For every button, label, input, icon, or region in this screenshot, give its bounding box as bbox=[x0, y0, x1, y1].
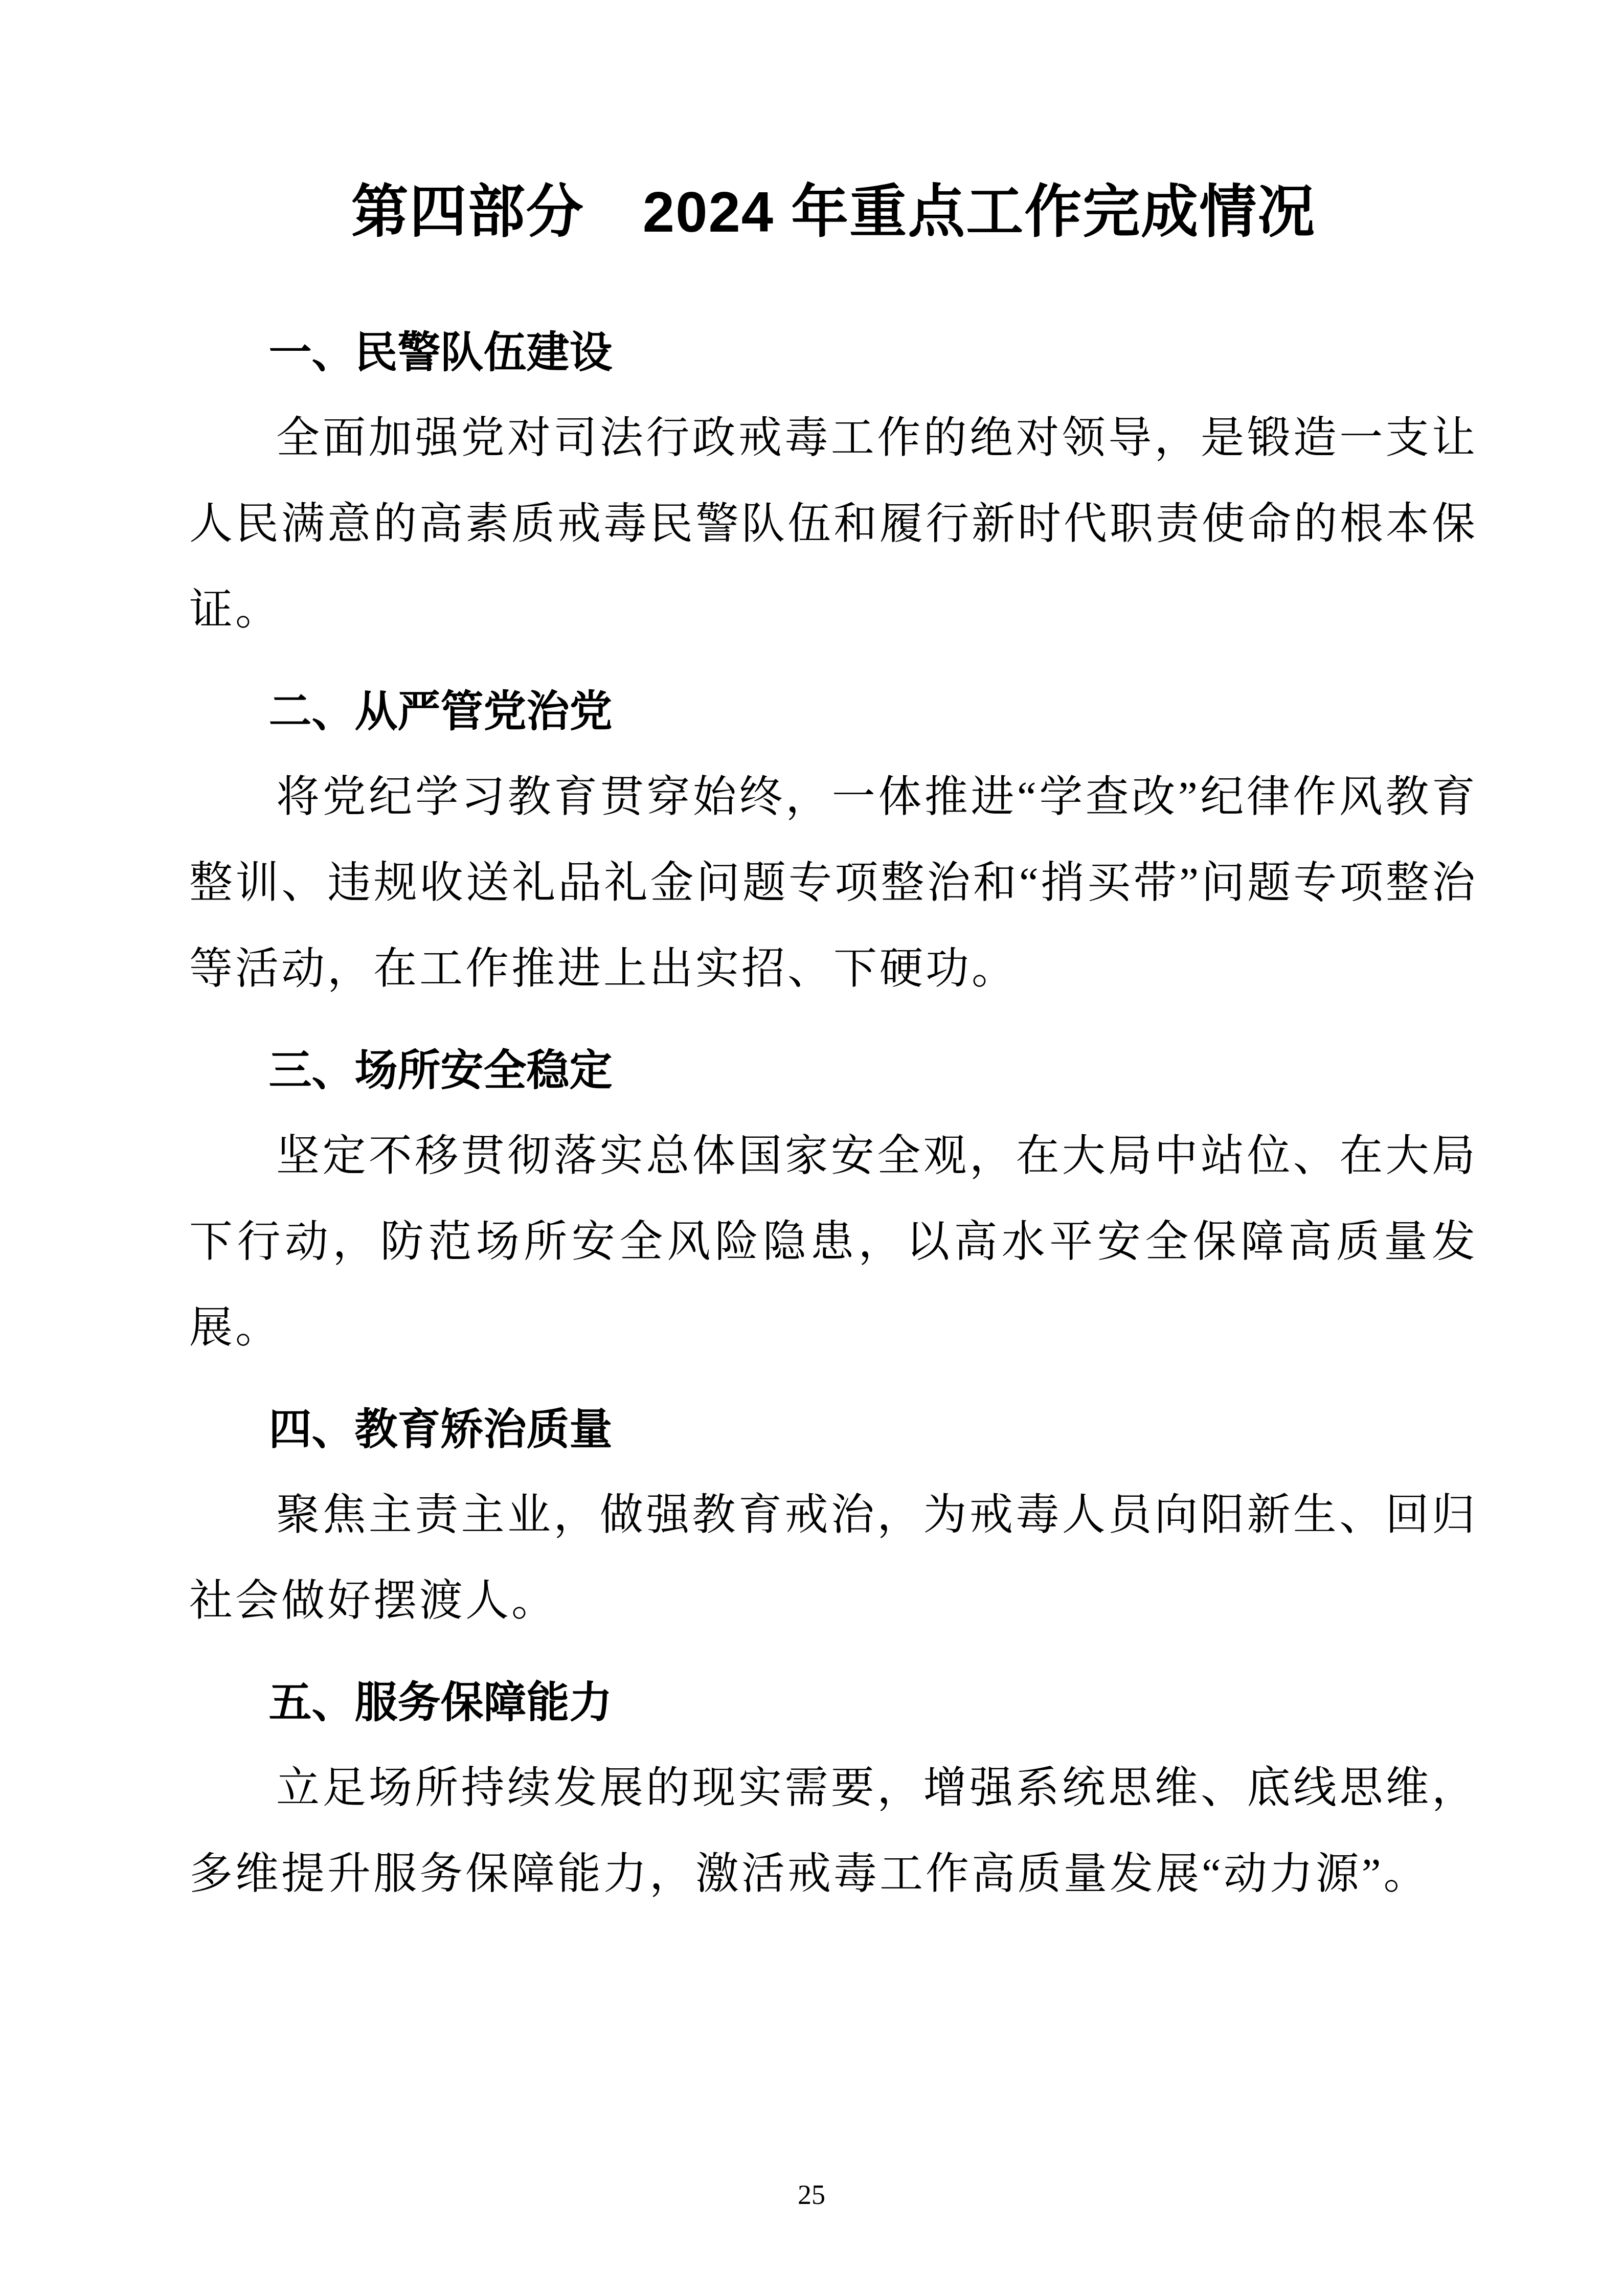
section-site-safety: 三、场所安全稳定 坚定不移贯彻落实总体国家安全观，在大局中站位、在大局下行动，防… bbox=[189, 1027, 1478, 1371]
section-service-support: 五、服务保障能力 立足场所持续发展的现实需要，增强系统思维、底线思维，多维提升服… bbox=[189, 1659, 1478, 1917]
section-heading-2: 二、从严管党治党 bbox=[189, 668, 1478, 754]
document-content: 第四部分 2024 年重点工作完成情况 一、民警队伍建设 全面加强党对司法行政戒… bbox=[0, 0, 1623, 1917]
section-police-team: 一、民警队伍建设 全面加强党对司法行政戒毒工作的绝对领导，是锻造一支让人民满意的… bbox=[189, 309, 1478, 653]
section-party-discipline: 二、从严管党治党 将党纪学习教育贯穿始终，一体推进“学查改”纪律作风教育整训、违… bbox=[189, 668, 1478, 1012]
section-paragraph-5: 立足场所持续发展的现实需要，增强系统思维、底线思维，多维提升服务保障能力，激活戒… bbox=[189, 1745, 1478, 1917]
section-paragraph-4: 聚焦主责主业，做强教育戒治，为戒毒人员向阳新生、回归社会做好摆渡人。 bbox=[189, 1472, 1478, 1644]
section-paragraph-2: 将党纪学习教育贯穿始终，一体推进“学查改”纪律作风教育整训、违规收送礼品礼金问题… bbox=[189, 754, 1478, 1012]
section-heading-1: 一、民警队伍建设 bbox=[189, 309, 1478, 395]
section-heading-5: 五、服务保障能力 bbox=[189, 1659, 1478, 1745]
section-heading-4: 四、教育矫治质量 bbox=[189, 1386, 1478, 1472]
page-number: 25 bbox=[0, 2179, 1623, 2210]
section-paragraph-1: 全面加强党对司法行政戒毒工作的绝对领导，是锻造一支让人民满意的高素质戒毒民警队伍… bbox=[189, 395, 1478, 653]
document-page: 第四部分 2024 年重点工作完成情况 一、民警队伍建设 全面加强党对司法行政戒… bbox=[0, 0, 1623, 2296]
section-education-quality: 四、教育矫治质量 聚焦主责主业，做强教育戒治，为戒毒人员向阳新生、回归社会做好摆… bbox=[189, 1386, 1478, 1644]
section-heading-3: 三、场所安全稳定 bbox=[189, 1027, 1478, 1113]
page-title: 第四部分 2024 年重点工作完成情况 bbox=[189, 174, 1478, 251]
section-paragraph-3: 坚定不移贯彻落实总体国家安全观，在大局中站位、在大局下行动，防范场所安全风险隐患… bbox=[189, 1113, 1478, 1371]
